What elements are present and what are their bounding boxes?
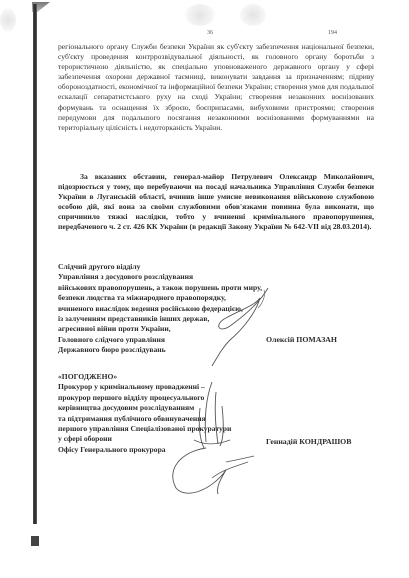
title-line: Управління з досудового розслідування: [58, 272, 262, 282]
approval-label: «ПОГОДЖЕНО»: [58, 372, 231, 382]
title-line: Слідчий другого відділу: [58, 262, 262, 272]
page-number-right: 194: [328, 30, 337, 36]
title-line: та підтримання публічного обвинувачення: [58, 414, 231, 424]
page-number-left: 36: [207, 30, 213, 36]
investigator-title-block: Слідчий другого відділу Управління з дос…: [58, 262, 262, 356]
binding-strip: [33, 4, 37, 524]
title-line: військових правопорушень, а також поруше…: [58, 283, 262, 293]
title-line: Прокурор у кримінальному провадженні –: [58, 382, 231, 392]
title-line: прокурор першого відділу процесуального: [58, 393, 231, 403]
title-line: безпеки людства та міжнародного правопор…: [58, 293, 262, 303]
scan-smudge: [240, 4, 266, 26]
prosecutor-title-block: «ПОГОДЖЕНО» Прокурор у кримінальному про…: [58, 372, 231, 455]
scan-smudge: [0, 8, 16, 32]
investigator-name: Олексій ПОМАЗАН: [266, 335, 337, 344]
binding-clip-bottom: [31, 536, 39, 546]
title-line: вчиненого внаслідок ведення російською ф…: [58, 304, 262, 314]
scan-smudge: [185, 4, 215, 26]
paragraph-conclusion: За вказаних обставин, генерал-майор Петр…: [58, 172, 374, 233]
title-line: Державного бюро розслідувань: [58, 345, 262, 355]
paragraph-continuation: регіонального органу Служби безпеки Укра…: [58, 42, 374, 133]
prosecutor-name: Геннадій КОНДРАШОВ: [266, 437, 351, 446]
title-line: керівництва досудовим розслідуванням: [58, 403, 231, 413]
title-line: Головного слідчого управління: [58, 335, 262, 345]
title-line: у сфері оборони: [58, 434, 231, 444]
title-line: із залученням представників інших держав…: [58, 314, 262, 324]
title-line: Офісу Генерального прокурора: [58, 445, 231, 455]
title-line: агресивної війни проти України,: [58, 324, 262, 334]
title-line: першого управління Спеціалізованої проку…: [58, 424, 231, 434]
